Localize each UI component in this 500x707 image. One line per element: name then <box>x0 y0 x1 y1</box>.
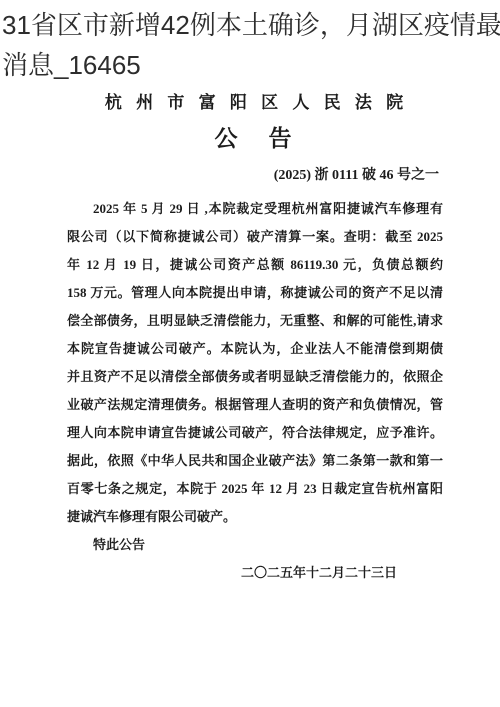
announcement-line: 理人向本院申请宣告捷诚公司破产，符合法律规定，应予准许。 <box>67 419 443 447</box>
announcement-line: 158 万元。管理人向本院提出申请，称捷诚公司的资产不足以清 <box>67 279 443 307</box>
announcement-line: 年 12 月 19 日，捷诚公司资产总额 86119.30 元，负债总额约 <box>67 251 443 279</box>
announcement-line: 百零七条之规定，本院于 2025 年 12 月 23 日裁定宣告杭州富阳 <box>67 475 443 503</box>
notice-title: 公 告 <box>67 123 443 154</box>
announcement-line: 限公司（以下简称捷诚公司）破产清算一案。查明：截至 2025 <box>67 223 443 251</box>
announcement-line: 2025 年 5 月 29 日 ,本院裁定受理杭州富阳捷诚汽车修理有 <box>67 195 443 223</box>
page-title-line-2: 消息_16465 <box>2 45 500 85</box>
announcement-line: 本院宣告捷诚公司破产。本院认为，企业法人不能清偿到期债务， <box>67 335 443 363</box>
announcement-line: 业破产法规定清理债务。根据管理人查明的资产和负债情况，管 <box>67 391 443 419</box>
court-announcement: 杭 州 市 富 阳 区 人 民 法 院 公 告 (2025) 浙 0111 破 … <box>0 92 500 587</box>
announcement-body: 2025 年 5 月 29 日 ,本院裁定受理杭州富阳捷诚汽车修理有 限公司（以… <box>67 195 443 587</box>
announcement-date: 二〇二五年十二月二十三日 <box>67 559 443 587</box>
page-title: 31省区市新增42例本土确诊，月湖区疫情最 消息_16465 <box>0 0 500 85</box>
announcement-line: 据此，依照《中华人民共和国企业破产法》第二条第一款和第一 <box>67 447 443 475</box>
article-page: 31省区市新增42例本土确诊，月湖区疫情最 消息_16465 杭 州 市 富 阳… <box>0 0 500 587</box>
case-number: (2025) 浙 0111 破 46 号之一 <box>67 166 443 185</box>
closing-statement: 特此公告 <box>67 531 443 559</box>
announcement-line: 捷诚汽车修理有限公司破产。 <box>67 503 443 531</box>
announcement-line: 并且资产不足以清偿全部债务或者明显缺乏清偿能力的，依照企 <box>67 363 443 391</box>
announcement-line: 偿全部债务，且明显缺乏清偿能力，无重整、和解的可能性,请求 <box>67 307 443 335</box>
page-title-line-1: 31省区市新增42例本土确诊，月湖区疫情最 <box>2 5 500 45</box>
court-name: 杭 州 市 富 阳 区 人 民 法 院 <box>67 92 443 114</box>
